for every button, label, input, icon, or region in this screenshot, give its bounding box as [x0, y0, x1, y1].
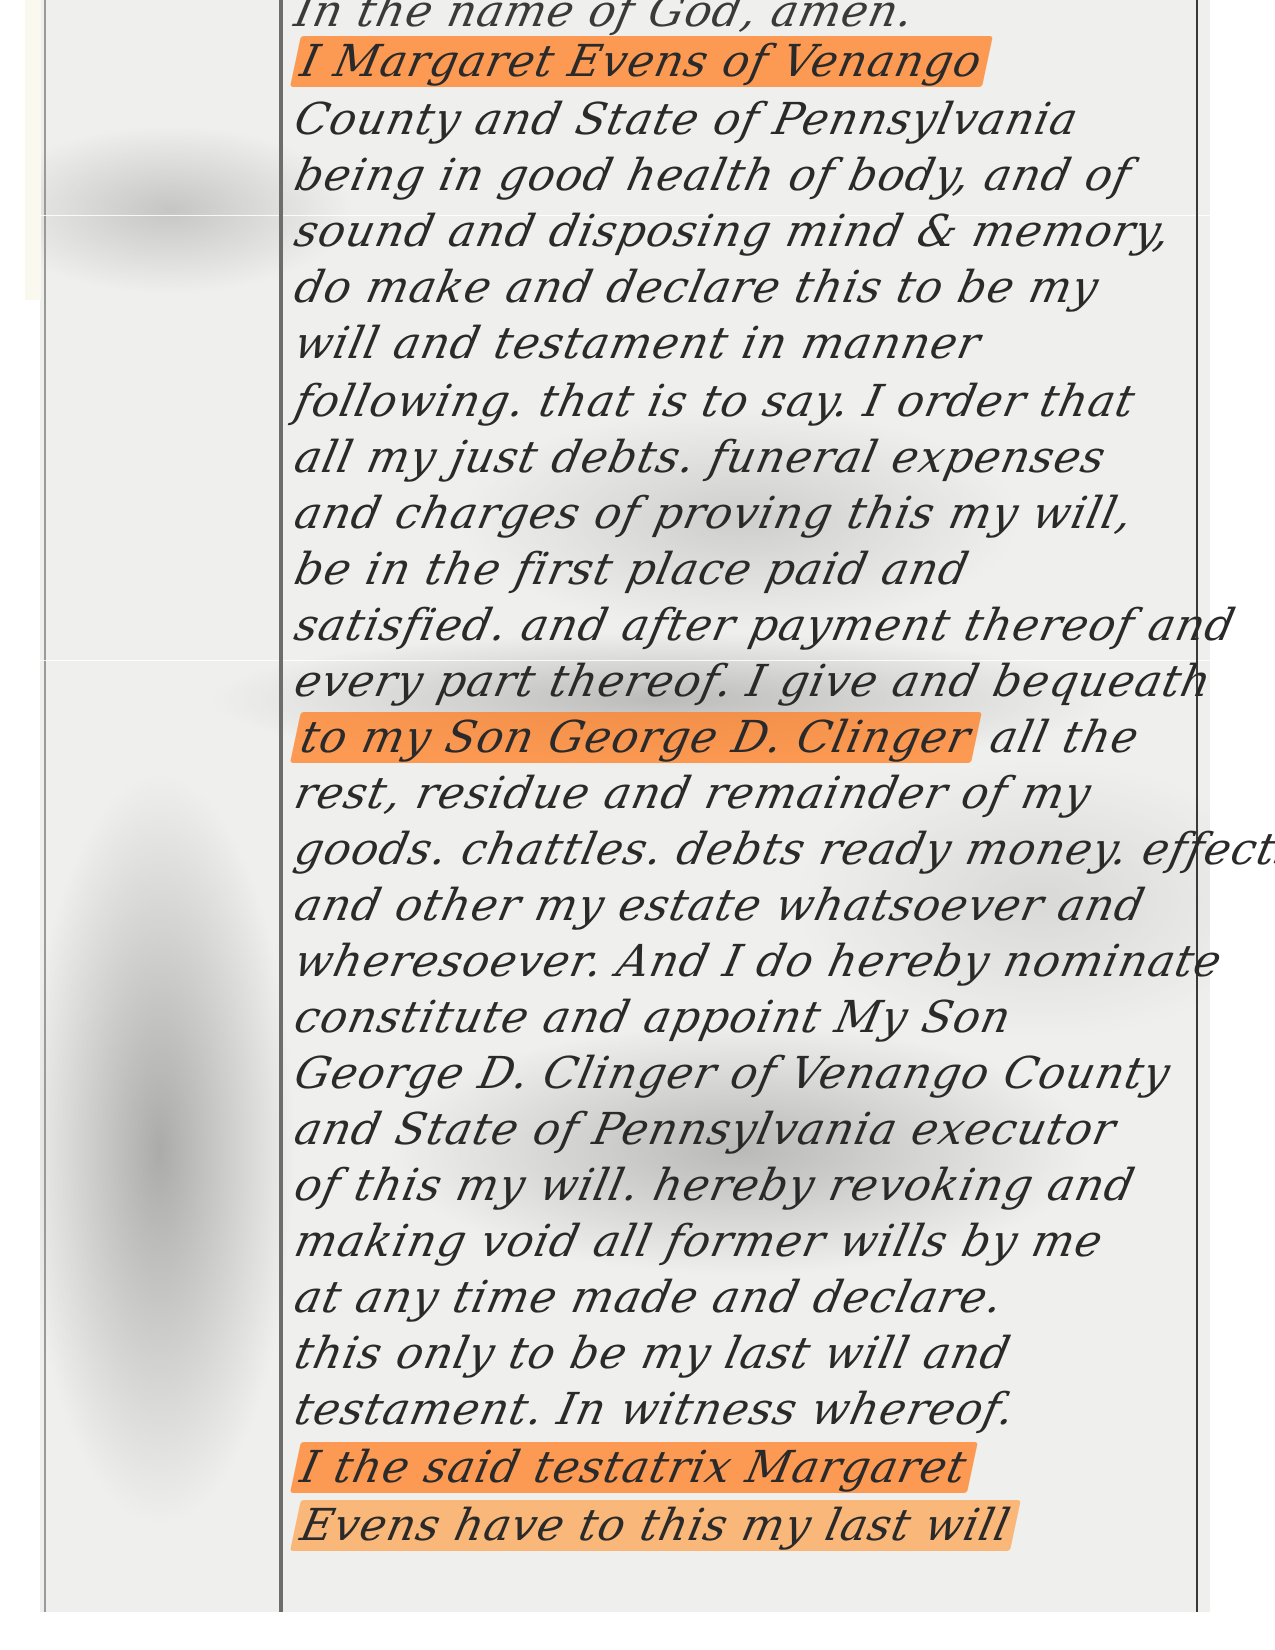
text-line-highlighted: I the said testatrix Margaret: [290, 1442, 978, 1493]
text-line: do make and declare this to be my: [290, 262, 1104, 313]
text-line: rest, residue and remainder of my: [290, 768, 1096, 819]
text-line: making void all former wills by me: [290, 1216, 1108, 1267]
text-line: of this my will. hereby revoking and: [290, 1160, 1140, 1211]
highlighted-text: I Margaret Evens of Venango: [290, 36, 993, 87]
text-line: constitute and appoint My Son: [290, 992, 1016, 1043]
text-segment: all the: [971, 712, 1144, 763]
text-line: goods. chattles. debts ready money. effe…: [290, 824, 1275, 875]
text-line: and State of Pennsylvania executor: [290, 1104, 1121, 1155]
paper-edge-strip: [25, 0, 41, 300]
text-line: following. that is to say. I order that: [290, 376, 1140, 427]
highlighted-text: I the said testatrix Margaret: [290, 1442, 978, 1493]
text-line: George D. Clinger of Venango County: [290, 1048, 1175, 1099]
text-line: sound and disposing mind & memory,: [290, 206, 1176, 257]
text-line: all my just debts. funeral expenses: [290, 432, 1111, 483]
text-line: every part thereof. I give and bequeath: [290, 656, 1216, 707]
text-line: testament. In witness whereof.: [290, 1384, 1020, 1435]
text-line: this only to be my last will and: [290, 1328, 1015, 1379]
text-line: will and testament in manner: [290, 318, 986, 369]
text-line: County and State of Pennsylvania: [290, 94, 1083, 145]
left-margin-rule: [279, 0, 283, 1612]
right-margin-rule: [1196, 0, 1198, 1612]
highlighted-text: to my Son George D. Clinger: [290, 712, 981, 763]
text-line: In the name of God, amen.: [290, 0, 919, 37]
left-paper-edge: [44, 0, 46, 1612]
text-line-highlighted: I Margaret Evens of Venango: [290, 36, 993, 87]
text-line: satisfied. and after payment thereof and: [290, 600, 1240, 651]
text-line: and charges of proving this my will,: [290, 488, 1138, 539]
text-line: at any time made and declare.: [290, 1272, 1008, 1323]
text-line-highlighted: Evens have to this my last will: [290, 1500, 1021, 1551]
text-line: and other my estate whatsoever and: [290, 880, 1150, 931]
text-line: wheresoever. And I do hereby nominate: [290, 936, 1227, 987]
text-line: being in good health of body, and of: [290, 150, 1136, 201]
scanned-page: In the name of God, amen. I Margaret Eve…: [0, 0, 1275, 1650]
text-line: be in the first place paid and: [290, 544, 974, 595]
highlighted-text: Evens have to this my last will: [290, 1500, 1021, 1551]
text-line-highlighted: to my Son George D. Clinger all the: [290, 712, 1144, 763]
